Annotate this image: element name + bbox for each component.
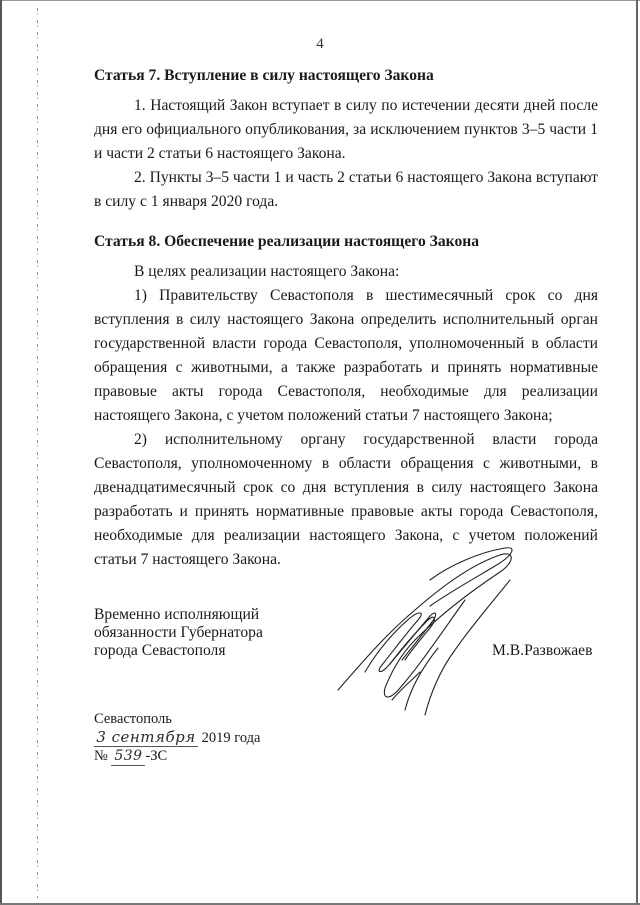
number-line: № 539-ЗС <box>94 747 260 766</box>
article-7-paragraph-1: 1. Настоящий Закон вступает в силу по ис… <box>94 94 598 166</box>
handwritten-signature-icon <box>330 540 530 725</box>
scan-border-top <box>0 0 640 1</box>
article-8-intro: В целях реализации настоящего Закона: <box>94 260 598 284</box>
signatory-title-line-2: обязанности Губернатора <box>94 624 263 642</box>
date-line: 3 сентября 2019 года <box>94 728 260 747</box>
article-8: Статья 8. Обеспечение реализации настоящ… <box>94 230 598 572</box>
handwritten-date: 3 сентября <box>94 728 198 747</box>
signatory-title-line-3: города Севастополя <box>94 642 263 660</box>
scan-border-left <box>0 0 2 905</box>
article-7: Статья 7. Вступление в силу настоящего З… <box>94 64 598 214</box>
date-year: 2019 года <box>202 730 261 746</box>
signatory-name: М.В.Развожаев <box>492 642 592 660</box>
page-number: 4 <box>0 36 640 53</box>
number-suffix: -ЗС <box>145 748 167 764</box>
scan-artifact-streak <box>37 8 38 898</box>
scan-border-right <box>636 0 638 905</box>
place-date-number: Севастополь 3 сентября 2019 года № 539-З… <box>94 710 260 766</box>
place: Севастополь <box>94 710 260 728</box>
number-sign: № <box>94 748 108 764</box>
handwritten-number: 539 <box>111 747 145 766</box>
signatory-title-line-1: Временно исполняющий <box>94 606 263 624</box>
signatory-title: Временно исполняющий обязанности Губерна… <box>94 606 263 660</box>
article-8-item-1: 1) Правительству Севастополя в шестимеся… <box>94 284 598 428</box>
article-7-heading: Статья 7. Вступление в силу настоящего З… <box>94 64 598 88</box>
article-7-paragraph-2: 2. Пункты 3–5 части 1 и часть 2 статьи 6… <box>94 166 598 214</box>
article-8-heading: Статья 8. Обеспечение реализации настоящ… <box>94 230 598 254</box>
